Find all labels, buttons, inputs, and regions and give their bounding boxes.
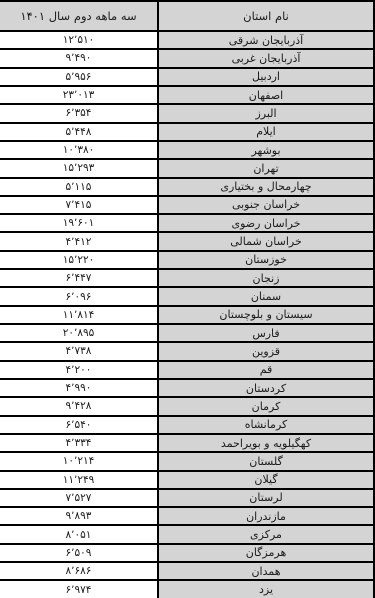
province-cell: چهارمحال و بختیاری — [158, 178, 374, 196]
province-cell: خوزستان — [158, 251, 374, 269]
province-cell: مازندران — [158, 507, 374, 525]
table-row: یزد۶٬۹۷۴ — [0, 580, 374, 598]
table-row: کهگیلویه و بویراحمد۴٬۳۳۴ — [0, 434, 374, 452]
table-row: چهارمحال و بختیاری۵٬۱۱۵ — [0, 178, 374, 196]
table-body: آذربایجان شرقی۱۲٬۵۱۰آذربایجان غربی۹٬۴۹۰ا… — [0, 31, 374, 598]
value-cell: ۱۵٬۲۹۳ — [0, 159, 158, 177]
table-row: کردستان۴٬۹۹۰ — [0, 379, 374, 397]
value-cell: ۸٬۰۵۱ — [0, 525, 158, 543]
value-cell: ۶٬۹۷۴ — [0, 580, 158, 598]
table-row: مازندران۹٬۸۹۳ — [0, 507, 374, 525]
table-row: البرز۶٬۳۵۴ — [0, 104, 374, 122]
province-cell: خراسان جنوبی — [158, 196, 374, 214]
value-cell: ۵٬۹۵۶ — [0, 68, 158, 86]
table-row: سمنان۶٬۰۹۶ — [0, 287, 374, 305]
table-row: آذربایجان غربی۹٬۴۹۰ — [0, 49, 374, 67]
table-row: لرستان۷٬۵۲۷ — [0, 489, 374, 507]
table-row: اردبیل۵٬۹۵۶ — [0, 68, 374, 86]
value-cell: ۶٬۵۰۹ — [0, 544, 158, 562]
province-cell: فارس — [158, 324, 374, 342]
table-row: خراسان رضوی۱۹٬۶۰۱ — [0, 214, 374, 232]
value-cell: ۵٬۴۴۸ — [0, 123, 158, 141]
value-cell: ۵٬۱۱۵ — [0, 178, 158, 196]
value-cell: ۴٬۴۱۲ — [0, 232, 158, 250]
header-row: نام استان سه ماهه دوم سال ۱۴۰۱ — [0, 1, 374, 31]
header-period: سه ماهه دوم سال ۱۴۰۱ — [0, 1, 158, 31]
value-cell: ۱۰٬۳۸۰ — [0, 141, 158, 159]
province-cell: البرز — [158, 104, 374, 122]
table-row: گلستان۱۰٬۲۱۴ — [0, 452, 374, 470]
table-row: همدان۸٬۶۸۶ — [0, 562, 374, 580]
province-cell: خراسان شمالی — [158, 232, 374, 250]
province-cell: سیستان و بلوچستان — [158, 306, 374, 324]
value-cell: ۶٬۴۴۷ — [0, 269, 158, 287]
value-cell: ۱۲٬۵۱۰ — [0, 31, 158, 49]
table-row: گیلان۱۱٬۲۴۹ — [0, 471, 374, 489]
province-cell: سمنان — [158, 287, 374, 305]
value-cell: ۴٬۷۳۸ — [0, 342, 158, 360]
value-cell: ۷٬۵۲۷ — [0, 489, 158, 507]
value-cell: ۱۵٬۲۲۰ — [0, 251, 158, 269]
table-row: هرمزگان۶٬۵۰۹ — [0, 544, 374, 562]
table-row: خراسان جنوبی۷٬۴۱۵ — [0, 196, 374, 214]
value-cell: ۸٬۶۸۶ — [0, 562, 158, 580]
value-cell: ۶٬۳۵۴ — [0, 104, 158, 122]
province-cell: قزوین — [158, 342, 374, 360]
table-image: نام استان سه ماهه دوم سال ۱۴۰۱ آذربایجان… — [0, 0, 375, 598]
province-cell: زنجان — [158, 269, 374, 287]
value-cell: ۱۱٬۸۱۴ — [0, 306, 158, 324]
province-cell: گیلان — [158, 471, 374, 489]
table-row: خراسان شمالی۴٬۴۱۲ — [0, 232, 374, 250]
table-row: قزوین۴٬۷۳۸ — [0, 342, 374, 360]
table-row: کرمانشاه۶٬۵۴۰ — [0, 416, 374, 434]
table-row: کرمان۹٬۴۲۸ — [0, 397, 374, 415]
value-cell: ۹٬۴۲۸ — [0, 397, 158, 415]
table-row: سیستان و بلوچستان۱۱٬۸۱۴ — [0, 306, 374, 324]
value-cell: ۱۰٬۲۱۴ — [0, 452, 158, 470]
table-row: آذربایجان شرقی۱۲٬۵۱۰ — [0, 31, 374, 49]
value-cell: ۴٬۲۰۰ — [0, 361, 158, 379]
table-row: زنجان۶٬۴۴۷ — [0, 269, 374, 287]
province-cell: آذربایجان غربی — [158, 49, 374, 67]
value-cell: ۱۱٬۲۴۹ — [0, 471, 158, 489]
province-cell: کرمانشاه — [158, 416, 374, 434]
province-cell: تهران — [158, 159, 374, 177]
value-cell: ۴٬۹۹۰ — [0, 379, 158, 397]
table-row: ایلام۵٬۴۴۸ — [0, 123, 374, 141]
value-cell: ۴٬۳۳۴ — [0, 434, 158, 452]
value-cell: ۶٬۵۴۰ — [0, 416, 158, 434]
province-cell: اردبیل — [158, 68, 374, 86]
province-table: نام استان سه ماهه دوم سال ۱۴۰۱ آذربایجان… — [0, 0, 375, 598]
province-cell: یزد — [158, 580, 374, 598]
province-cell: اصفهان — [158, 86, 374, 104]
table-row: تهران۱۵٬۲۹۳ — [0, 159, 374, 177]
value-cell: ۱۹٬۶۰۱ — [0, 214, 158, 232]
table-row: خوزستان۱۵٬۲۲۰ — [0, 251, 374, 269]
table-row: فارس۲۰٬۸۹۵ — [0, 324, 374, 342]
province-cell: هرمزگان — [158, 544, 374, 562]
value-cell: ۶٬۰۹۶ — [0, 287, 158, 305]
value-cell: ۷٬۴۱۵ — [0, 196, 158, 214]
province-cell: خراسان رضوی — [158, 214, 374, 232]
header-province-name: نام استان — [158, 1, 374, 31]
value-cell: ۲۳٬۰۱۳ — [0, 86, 158, 104]
province-cell: همدان — [158, 562, 374, 580]
table-row: قم۴٬۲۰۰ — [0, 361, 374, 379]
province-cell: مرکزی — [158, 525, 374, 543]
table-row: بوشهر۱۰٬۳۸۰ — [0, 141, 374, 159]
table-row: اصفهان۲۳٬۰۱۳ — [0, 86, 374, 104]
value-cell: ۹٬۴۹۰ — [0, 49, 158, 67]
value-cell: ۹٬۸۹۳ — [0, 507, 158, 525]
value-cell: ۲۰٬۸۹۵ — [0, 324, 158, 342]
province-cell: لرستان — [158, 489, 374, 507]
province-cell: قم — [158, 361, 374, 379]
province-cell: کهگیلویه و بویراحمد — [158, 434, 374, 452]
province-cell: بوشهر — [158, 141, 374, 159]
province-cell: کردستان — [158, 379, 374, 397]
province-cell: کرمان — [158, 397, 374, 415]
province-cell: گلستان — [158, 452, 374, 470]
province-cell: آذربایجان شرقی — [158, 31, 374, 49]
province-cell: ایلام — [158, 123, 374, 141]
table-row: مرکزی۸٬۰۵۱ — [0, 525, 374, 543]
